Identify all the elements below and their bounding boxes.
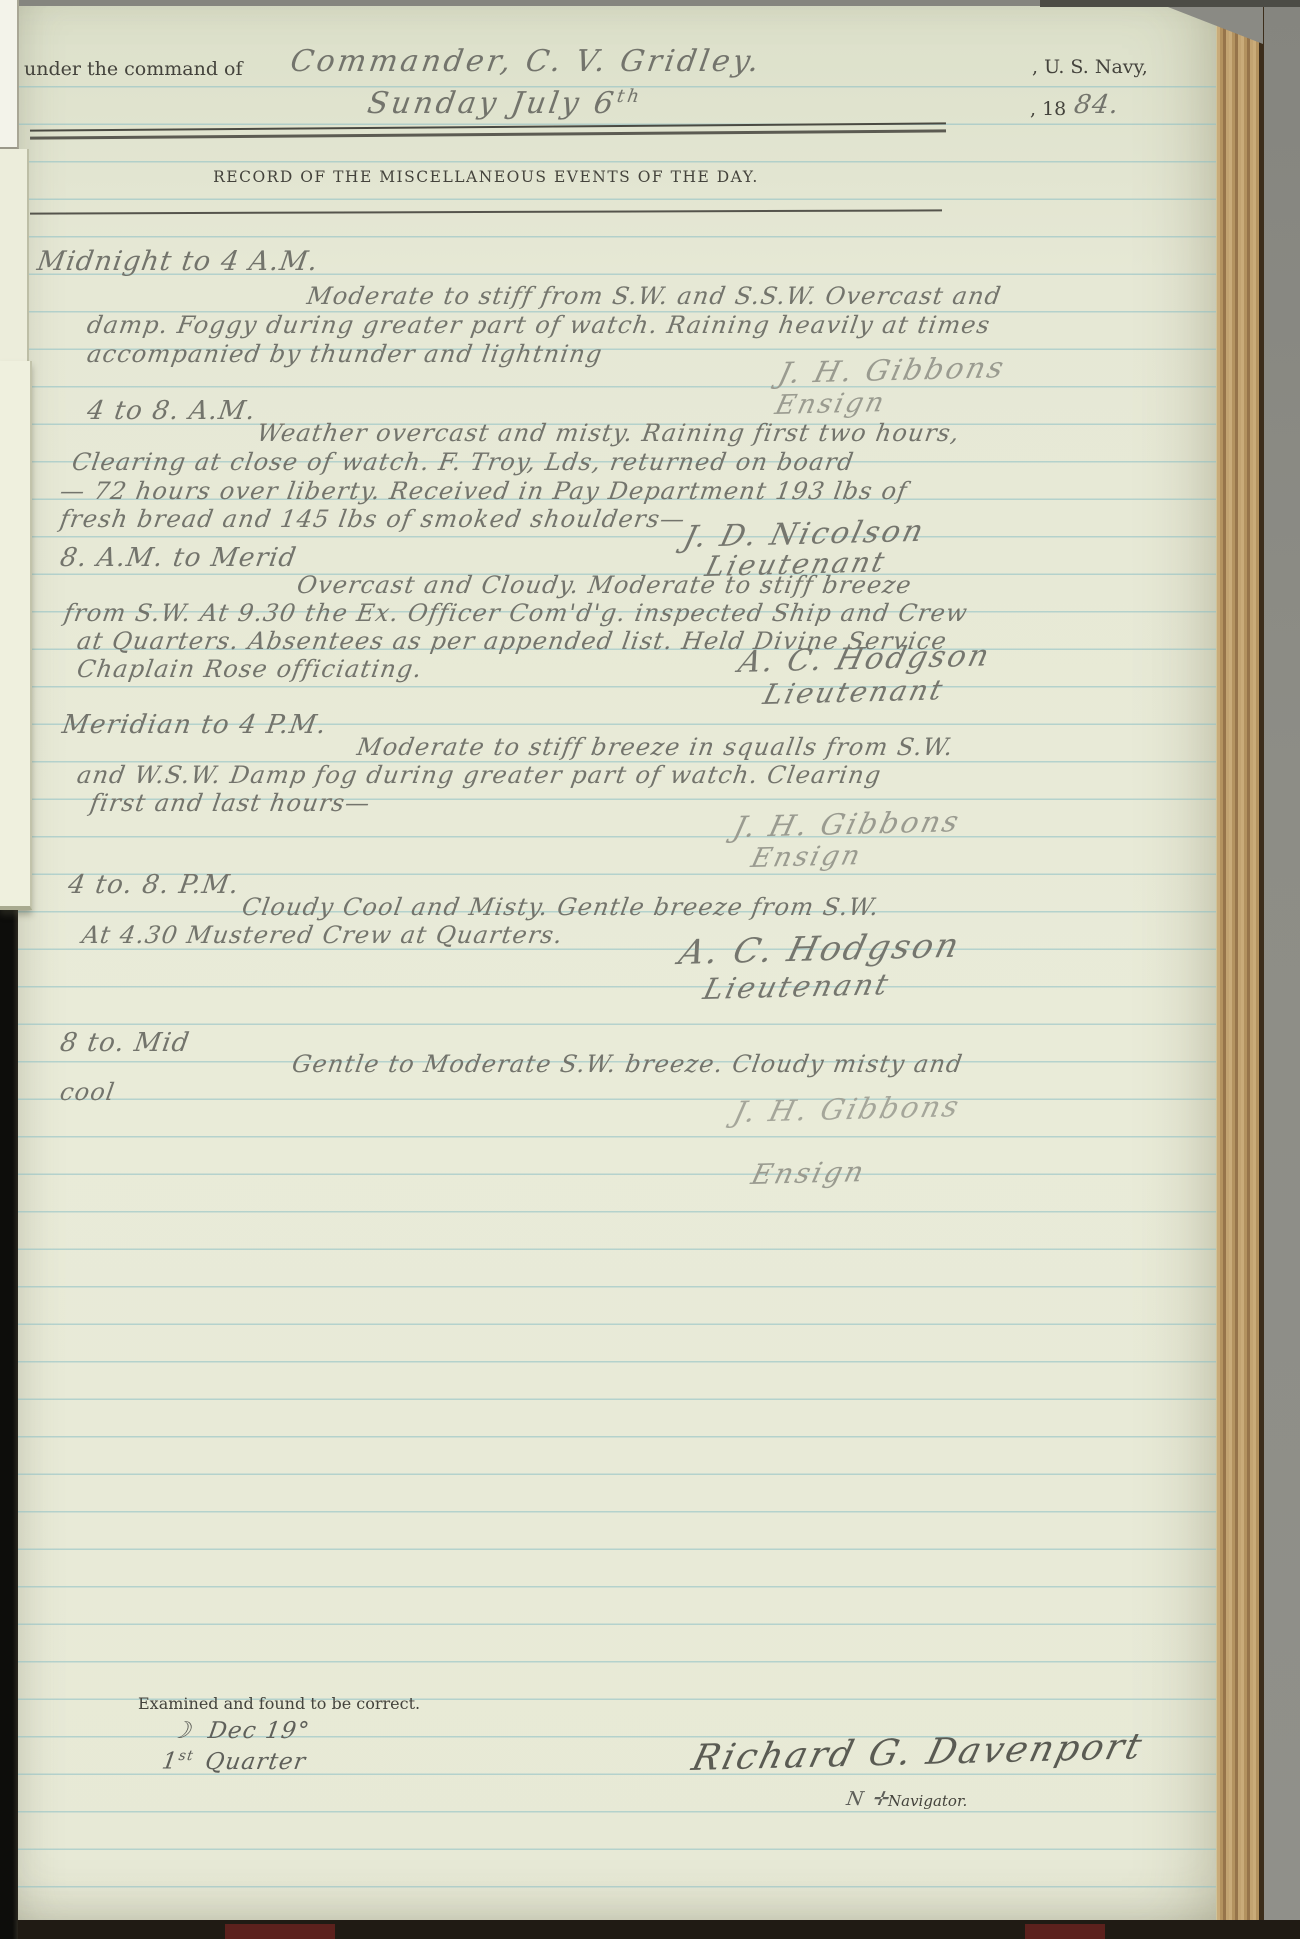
date-main: Sunday July 6 xyxy=(365,86,619,121)
entry-line: At 4.30 Mustered Crew at Quarters. xyxy=(80,921,565,949)
section-title: RECORD OF THE MISCELLANEOUS EVENTS OF TH… xyxy=(30,168,942,186)
entry-line: Clearing at close of watch. F. Troy, Lds… xyxy=(70,448,856,476)
watch-heading: Midnight to 4 A.M. xyxy=(35,246,321,277)
signature: J. H. Gibbons xyxy=(730,804,964,844)
printed-year-prefix: , 18 xyxy=(1030,98,1066,120)
moon-phase-icon: ☽ xyxy=(168,1718,194,1744)
entry-line: damp. Foggy during greater part of watch… xyxy=(85,311,993,339)
entry-line: Weather overcast and misty. Raining firs… xyxy=(255,419,962,447)
watch-heading: 8. A.M. to Merid xyxy=(58,543,299,573)
date-ordinal: th xyxy=(616,86,644,107)
cover-red-edge xyxy=(1025,1924,1105,1939)
signature-rank: Lieutenant xyxy=(700,967,894,1006)
commander-name-handwritten: Commander, C. V. Gridley. xyxy=(288,44,764,79)
entry-line: first and last hours— xyxy=(88,789,373,817)
watch-heading: 4 to. 8. P.M. xyxy=(66,870,242,900)
entry-line: Cloudy Cool and Misty. Gentle breeze fro… xyxy=(240,893,882,921)
navigator-printed-label: Navigator. xyxy=(888,1792,967,1810)
signature: J. H. Gibbons xyxy=(775,350,1009,390)
signature: A. C. Hodgson xyxy=(735,638,995,680)
moon-quarter-note: 1st Quarter xyxy=(160,1748,308,1775)
watch-heading: 8 to. Mid xyxy=(58,1028,192,1058)
examined-label: Examined and found to be correct. xyxy=(138,1694,420,1713)
left-page-flap-upper xyxy=(0,149,29,363)
entry-line: and W.S.W. Damp fog during greater part … xyxy=(75,761,884,789)
top-edge-shadow xyxy=(1040,0,1300,7)
printed-command-label: under the command of xyxy=(24,58,243,80)
entry-line: accompanied by thunder and lightning xyxy=(85,340,605,368)
watch-heading: Meridian to 4 P.M. xyxy=(60,710,329,740)
year-handwritten: 84. xyxy=(1072,90,1122,120)
entry-line: Overcast and Cloudy. Moderate to stiff b… xyxy=(295,571,914,599)
entry-line: Moderate to stiff from S.W. and S.S.W. O… xyxy=(305,282,1004,310)
entry-line: cool xyxy=(58,1078,117,1106)
entry-line: Gentle to Moderate S.W. breeze. Cloudy m… xyxy=(290,1050,965,1078)
left-page-flap-lower xyxy=(0,361,32,910)
quarter-word: Quarter xyxy=(203,1749,308,1775)
book-fore-edge xyxy=(1216,0,1264,1922)
quarter-ordinal: st xyxy=(178,1748,196,1764)
signature: A. C. Hodgson xyxy=(675,926,965,973)
watch-heading: 4 to 8. A.M. xyxy=(85,396,258,426)
entry-line: — 72 hours over liberty. Received in Pay… xyxy=(58,477,910,505)
signature-rank: Ensign xyxy=(748,840,865,874)
signature-rank: Lieutenant xyxy=(760,673,948,711)
signature-rank: Ensign xyxy=(748,1155,869,1191)
book-bottom-edge xyxy=(0,1920,1300,1939)
page-marker-tab xyxy=(0,0,19,149)
date-handwritten: Sunday July 6th xyxy=(365,86,644,121)
navigator-initials-mark: N ✛ xyxy=(845,1788,891,1810)
logbook-photo: s under the command of Commander, C. V. … xyxy=(0,0,1300,1939)
signature-rank: Ensign xyxy=(772,387,889,421)
entry-line: Chaplain Rose officiating. xyxy=(75,655,425,683)
entry-line: Moderate to stiff breeze in squalls from… xyxy=(355,733,956,761)
entry-line: from S.W. At 9.30 the Ex. Officer Com'd'… xyxy=(62,599,970,627)
moon-declination-value: Dec 19° xyxy=(206,1718,312,1744)
signature: J. H. Gibbons xyxy=(730,1089,964,1129)
printed-navy-label: , U. S. Navy, xyxy=(1032,56,1148,78)
entry-line: fresh bread and 145 lbs of smoked should… xyxy=(58,505,688,533)
moon-declination-note: ☽ Dec 19° xyxy=(168,1718,312,1744)
cover-red-edge xyxy=(225,1924,335,1939)
